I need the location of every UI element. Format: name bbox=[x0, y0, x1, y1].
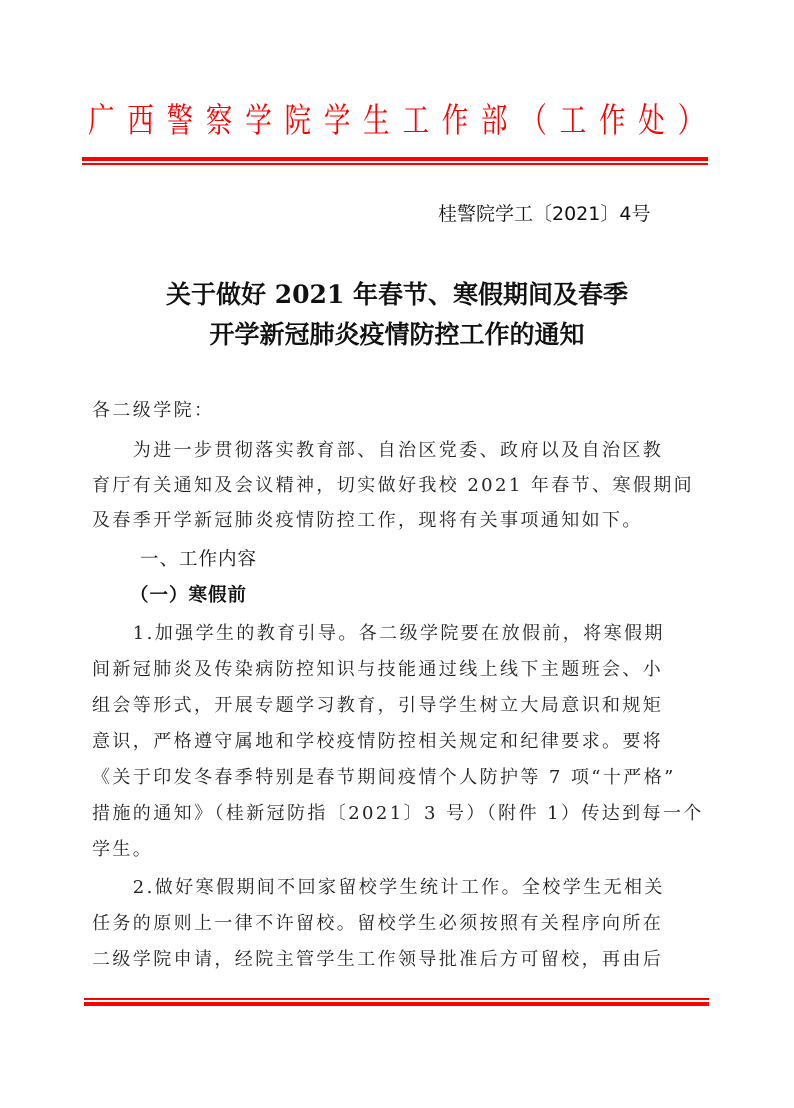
document-page: 广 西 警 察 学 院 学 生 工 作 部 （ 工 作 处 ） 桂警院学工〔20… bbox=[0, 0, 794, 1108]
masthead-char: 工 bbox=[560, 93, 587, 142]
footer-divider-thick bbox=[84, 1002, 709, 1006]
document-number: 桂警院学工〔2021〕4号 bbox=[438, 199, 650, 226]
masthead-char: 部 bbox=[481, 93, 508, 142]
masthead-char: （ bbox=[520, 93, 547, 142]
paragraph-line: 任务的原则上一律不许留校。留校学生必须按照有关程序向所在 bbox=[92, 909, 704, 935]
title-line-1: 关于做好 2021 年春节、寒假期间及春季 bbox=[90, 275, 704, 315]
header-divider-thin bbox=[82, 163, 708, 165]
masthead-char: 西 bbox=[127, 93, 154, 142]
masthead-char: ） bbox=[678, 93, 705, 142]
paragraph-line: 育厅有关通知及会议精神，切实做好我校 2021 年春节、寒假期间 bbox=[92, 471, 704, 497]
section-heading: 一、工作内容 bbox=[140, 545, 257, 571]
header-divider-thick bbox=[82, 157, 708, 161]
masthead-char: 学 bbox=[245, 93, 272, 142]
masthead-char: 警 bbox=[167, 93, 194, 142]
masthead-title: 广 西 警 察 学 院 学 生 工 作 部 （ 工 作 处 ） bbox=[88, 92, 704, 142]
paragraph-line: 为进一步贯彻落实教育部、自治区党委、政府以及自治区教 bbox=[92, 436, 704, 462]
masthead-char: 察 bbox=[206, 93, 233, 142]
footer-divider-thin bbox=[84, 998, 709, 1000]
paragraph-line: 措施的通知》（桂新冠防指〔2021〕3 号）（附件 1）传达到每一个 bbox=[92, 799, 704, 825]
masthead-char: 作 bbox=[599, 93, 626, 142]
subsection-heading: （一）寒假前 bbox=[130, 581, 247, 607]
paragraph-line: 2.做好寒假期间不回家留校学生统计工作。全校学生无相关 bbox=[92, 873, 704, 899]
masthead-char: 广 bbox=[88, 93, 115, 142]
masthead-char: 作 bbox=[442, 93, 469, 142]
masthead-char: 院 bbox=[285, 93, 312, 142]
title-line-2: 开学新冠肺炎疫情防控工作的通知 bbox=[90, 315, 704, 355]
paragraph-line: 及春季开学新冠肺炎疫情防控工作，现将有关事项通知如下。 bbox=[92, 506, 704, 532]
paragraph-line: 组会等形式，开展专题学习教育，引导学生树立大局意识和规矩 bbox=[92, 691, 704, 717]
paragraph-line: 间新冠肺炎及传染病防控知识与技能通过线上线下主题班会、小 bbox=[92, 655, 704, 681]
paragraph-line: 《关于印发冬春季特别是春节期间疫情个人防护等 7 项“十严格” bbox=[92, 763, 704, 789]
salutation: 各二级学院： bbox=[92, 396, 704, 422]
document-title: 关于做好 2021 年春节、寒假期间及春季 开学新冠肺炎疫情防控工作的通知 bbox=[90, 275, 704, 355]
paragraph-line: 学生。 bbox=[92, 835, 704, 861]
paragraph-line: 意识，严格遵守属地和学校疫情防控相关规定和纪律要求。要将 bbox=[92, 727, 704, 753]
masthead-char: 处 bbox=[638, 93, 665, 142]
masthead-char: 学 bbox=[324, 93, 351, 142]
paragraph-line: 1.加强学生的教育引导。各二级学院要在放假前，将寒假期 bbox=[92, 619, 704, 645]
masthead-char: 生 bbox=[363, 93, 390, 142]
masthead-char: 工 bbox=[402, 93, 429, 142]
paragraph-line: 二级学院申请，经院主管学生工作领导批准后方可留校，再由后 bbox=[92, 945, 704, 971]
